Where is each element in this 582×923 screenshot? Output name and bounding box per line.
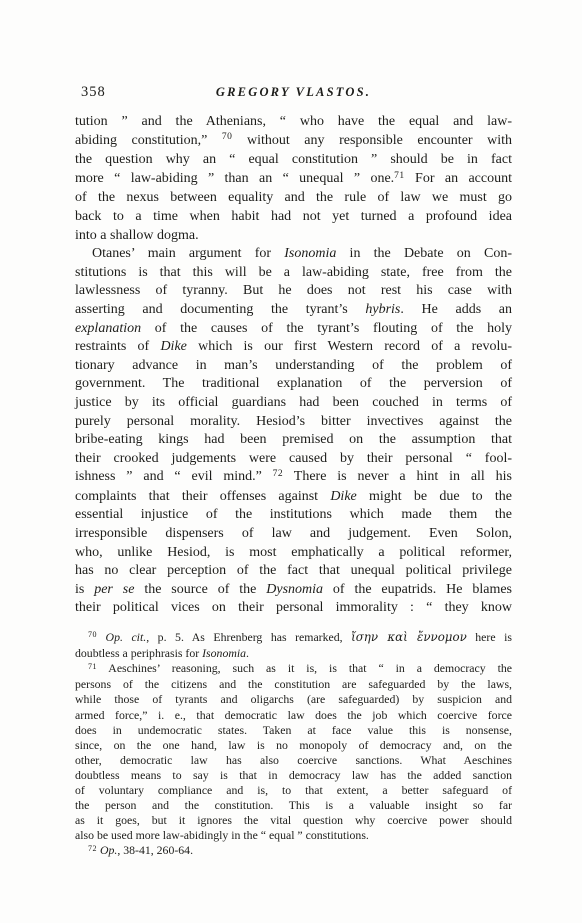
text-run: as it goes, but it ignores the vital que… <box>75 813 512 827</box>
text-run: Aeschines’ reasoning, such as it is, is … <box>97 661 512 675</box>
italic-text: Dike <box>160 339 186 354</box>
text-line: doubtless means to say is that in democr… <box>75 768 512 783</box>
italic-text: per se <box>94 582 134 597</box>
text-run: also be used more law-abidingly in the “… <box>75 828 369 842</box>
text-line: does in undemocratic states. Taken at fa… <box>75 723 512 738</box>
text-run: the question why an “ equal constitution… <box>75 152 512 167</box>
body-text: tution ” and the Athenians, “ who have t… <box>75 113 512 618</box>
text-line: stitutions is that this will be a law-ab… <box>75 264 512 283</box>
text-run: doubtless means to say is that in democr… <box>75 768 512 782</box>
footnotes-section: 70 Op. cit., p. 5. As Ehrenberg has rema… <box>75 630 512 859</box>
text-line: purely personal morality. Hesiod’s bitte… <box>75 413 512 432</box>
italic-text: explanation <box>75 321 141 336</box>
footnote-70: 70 Op. cit., p. 5. As Ehrenberg has rema… <box>75 630 512 661</box>
text-run: armed force,” i. e., that democratic law… <box>75 708 512 722</box>
text-run: government. The traditional explanation … <box>75 376 512 391</box>
text-run: . <box>246 646 249 660</box>
text-line: while those of tyrants and oligarchs (ar… <box>75 692 512 707</box>
italic-text: Dike <box>330 489 356 504</box>
italic-text: Dysnomia <box>266 582 323 597</box>
text-run: There is never a hint in all his <box>283 469 512 484</box>
text-line: government. The traditional explanation … <box>75 375 512 394</box>
italic-text: hybris <box>365 302 400 317</box>
text-line: irresponsible dispensers of law and judg… <box>75 525 512 544</box>
footnote-72: 72 Op., 38-41, 260-64. <box>75 843 512 859</box>
text-line: the question why an “ equal constitution… <box>75 151 512 170</box>
italic-text: Op. cit. <box>106 630 147 644</box>
text-run: irresponsible dispensers of law and judg… <box>75 526 512 541</box>
text-run: , 38-41, 260-64. <box>117 843 193 857</box>
text-line: complaints that their offenses against D… <box>75 488 512 507</box>
text-line: asserting and documenting the tyrant’s h… <box>75 301 512 320</box>
text-run: essential injustice of the institutions … <box>75 507 512 522</box>
text-line: back to a time when habit had not yet tu… <box>75 208 512 227</box>
text-run: Otanes’ main argument for <box>92 246 284 261</box>
text-line: ishness ” and “ evil mind.” 72 There is … <box>75 468 512 488</box>
text-run: restraints of <box>75 339 160 354</box>
footnote-marker: 70 <box>222 132 233 142</box>
text-line: their political vices on their personal … <box>75 599 512 618</box>
text-run: persons of the citizens and the constitu… <box>75 677 512 691</box>
text-run: tionary advance in man’s understanding o… <box>75 358 512 373</box>
text-run: has no clear perception of the fact that… <box>75 563 512 578</box>
text-run: . He adds an <box>400 302 512 317</box>
text-line: who, unlike Hesiod, is most emphatically… <box>75 544 512 563</box>
text-run: without any responsible encounter with <box>232 133 512 148</box>
text-run: For an account <box>405 171 512 186</box>
text-run: asserting and documenting the tyrant’s <box>75 302 365 317</box>
text-line: 70 Op. cit., p. 5. As Ehrenberg has rema… <box>75 630 512 646</box>
paragraph-1: tution ” and the Athenians, “ who have t… <box>75 113 512 245</box>
text-line: essential injustice of the institutions … <box>75 506 512 525</box>
text-line: tution ” and the Athenians, “ who have t… <box>75 113 512 132</box>
text-line: lawlessness of tyranny. But he does not … <box>75 282 512 301</box>
text-line: is per se the source of the Dysnomia of … <box>75 581 512 600</box>
text-run: which is our first Western record of a r… <box>187 339 512 354</box>
text-line: of voluntary compliance and is, to that … <box>75 783 512 798</box>
text-run: into a shallow dogma. <box>75 228 199 243</box>
text-run <box>97 630 106 644</box>
text-line: explanation of the causes of the tyrant’… <box>75 320 512 339</box>
text-run: the person and the constitution. This is… <box>75 798 512 812</box>
text-run: complaints that their offenses against <box>75 489 330 504</box>
text-line: justice by its official guardians had be… <box>75 394 512 413</box>
text-run: lawlessness of tyranny. But he does not … <box>75 283 512 298</box>
text-run: of the nexus between equality and the ru… <box>75 190 512 205</box>
text-run: their political vices on their personal … <box>75 600 512 615</box>
greek-italic-text: ἴσην καὶ ἔννομον <box>351 630 467 644</box>
text-run: might be due to the <box>357 489 512 504</box>
text-run: , p. 5. As Ehrenberg has remarked, <box>146 630 351 644</box>
italic-text: Op. <box>100 843 117 857</box>
text-line: also be used more law-abidingly in the “… <box>75 828 512 843</box>
text-line: the person and the constitution. This is… <box>75 798 512 813</box>
text-line: abiding constitution,” 70 without any re… <box>75 132 512 152</box>
running-head-author: GREGORY VLASTOS. <box>75 85 512 100</box>
text-line: armed force,” i. e., that democratic law… <box>75 708 512 723</box>
text-run: doubtless a periphrasis for <box>75 646 202 660</box>
footnote-marker: 72 <box>88 844 97 853</box>
text-run: in the Debate on Con- <box>336 246 512 261</box>
text-run: of the eupatrids. He blames <box>323 582 512 597</box>
text-line: bribe-eating kings had been premised on … <box>75 431 512 450</box>
italic-text: Isonomia <box>284 246 336 261</box>
text-line: their crooked judgements were caused by … <box>75 450 512 469</box>
text-line: 71 Aeschines’ reasoning, such as it is, … <box>75 661 512 677</box>
footnote-marker: 70 <box>88 630 97 639</box>
text-run: ishness ” and “ evil mind.” <box>75 469 273 484</box>
text-line: 72 Op., 38-41, 260-64. <box>75 843 512 859</box>
text-line: tionary advance in man’s understanding o… <box>75 357 512 376</box>
text-line: of the nexus between equality and the ru… <box>75 189 512 208</box>
text-run: of voluntary compliance and is, to that … <box>75 783 512 797</box>
text-run: other, democratic law has also coercive … <box>75 753 512 767</box>
text-run: of the causes of the tyrant’s flouting o… <box>141 321 512 336</box>
footnote-marker: 72 <box>273 469 284 479</box>
text-line: more “ law-abiding ” than an “ unequal ”… <box>75 170 512 190</box>
scanned-journal-page: 358 GREGORY VLASTOS. tution ” and the At… <box>0 0 582 923</box>
text-run: tution ” and the Athenians, “ who have t… <box>75 114 512 129</box>
text-run: bribe-eating kings had been premised on … <box>75 432 512 447</box>
text-run: their crooked judgements were caused by … <box>75 451 512 466</box>
text-line: has no clear perception of the fact that… <box>75 562 512 581</box>
text-run: since, on the one hand, law is no monopo… <box>75 738 512 752</box>
text-run: who, unlike Hesiod, is most emphatically… <box>75 545 512 560</box>
paragraph-2: Otanes’ main argument for Isonomia in th… <box>75 245 512 618</box>
text-run: the source of the <box>134 582 266 597</box>
text-line: restraints of Dike which is our first We… <box>75 338 512 357</box>
footnote-marker: 71 <box>88 662 97 671</box>
text-run: back to a time when habit had not yet tu… <box>75 209 512 224</box>
footnote-marker: 71 <box>394 171 405 181</box>
text-line: since, on the one hand, law is no monopo… <box>75 738 512 753</box>
text-run: stitutions is that this will be a law-ab… <box>75 265 512 280</box>
text-run: does in undemocratic states. Taken at fa… <box>75 723 512 737</box>
italic-text: Isonomia <box>202 646 246 660</box>
running-header: 358 GREGORY VLASTOS. <box>75 84 512 106</box>
text-run: here is <box>467 630 512 644</box>
footnote-71: 71 Aeschines’ reasoning, such as it is, … <box>75 661 512 843</box>
text-run: justice by its official guardians had be… <box>75 395 512 410</box>
text-line: persons of the citizens and the constitu… <box>75 677 512 692</box>
text-line: as it goes, but it ignores the vital que… <box>75 813 512 828</box>
text-run: is <box>75 582 94 597</box>
text-line: other, democratic law has also coercive … <box>75 753 512 768</box>
text-run: more “ law-abiding ” than an “ unequal ”… <box>75 171 394 186</box>
text-line: Otanes’ main argument for Isonomia in th… <box>75 245 512 264</box>
text-line: doubtless a periphrasis for Isonomia. <box>75 646 512 661</box>
text-run: abiding constitution,” <box>75 133 222 148</box>
text-line: into a shallow dogma. <box>75 227 512 246</box>
text-run: purely personal morality. Hesiod’s bitte… <box>75 414 512 429</box>
text-run: while those of tyrants and oligarchs (ar… <box>75 692 512 706</box>
